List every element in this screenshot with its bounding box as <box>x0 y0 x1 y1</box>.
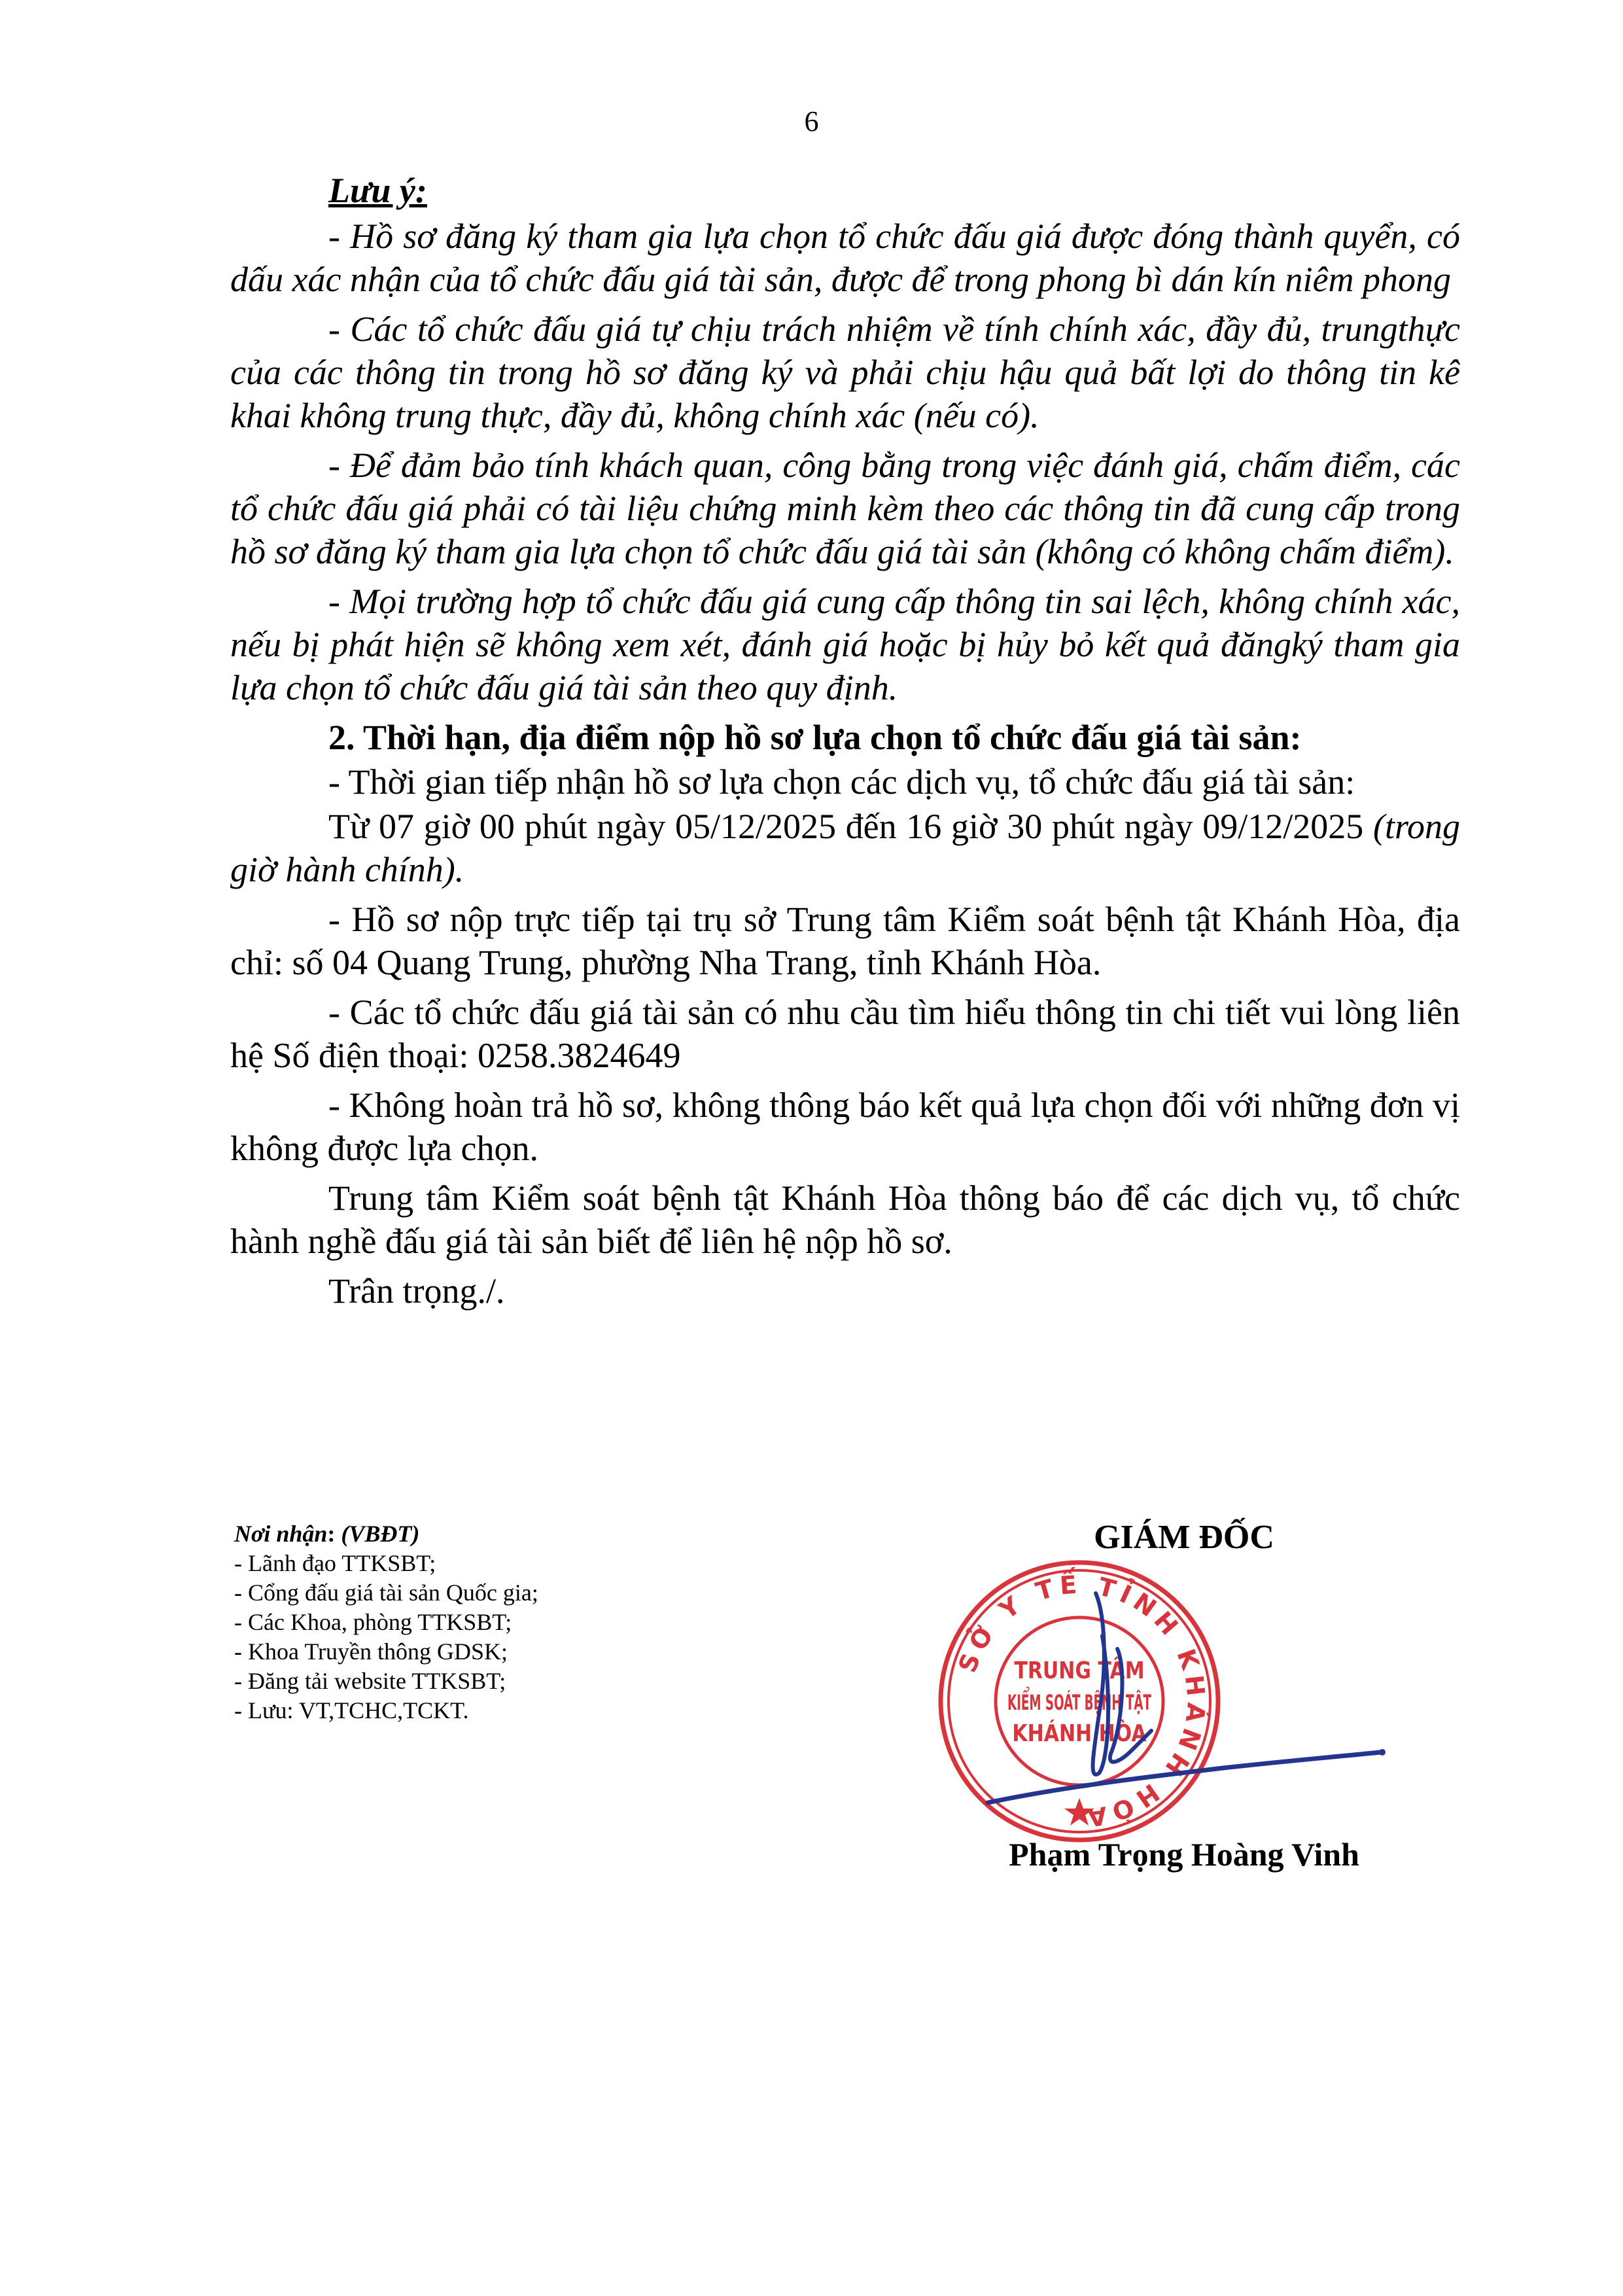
note-item-4: - Mọi trường hợp tổ chức đấu giá cung cấ… <box>230 580 1460 709</box>
recipients-tag: (VBĐT) <box>341 1521 419 1547</box>
page-number: 6 <box>0 105 1623 138</box>
note-item-1: - Hồ sơ đăng ký tham gia lựa chọn tổ chứ… <box>230 215 1460 301</box>
recipient-item: - Các Khoa, phòng TTKSBT; <box>234 1608 888 1637</box>
section-2-heading: 2. Thời hạn, địa điểm nộp hồ sơ lựa chọn… <box>230 716 1460 759</box>
recipients-label: Nơi nhận <box>234 1521 327 1547</box>
contact-info: - Các tổ chức đấu giá tài sản có nhu cầu… <box>230 991 1460 1077</box>
recipient-item: - Khoa Truyền thông GDSK; <box>234 1637 888 1667</box>
signature-block: GIÁM ĐỐC SỞ Y TẾ TỈNH KHÁNH HÒA TRUNG TÂ… <box>935 1505 1433 1924</box>
note-item-3: - Để đảm bảo tính khách quan, công bằng … <box>230 444 1460 573</box>
recipients-block: Nơi nhận: (VBĐT) - Lãnh đạo TTKSBT; - Cổ… <box>234 1519 888 1725</box>
recipient-item: - Lãnh đạo TTKSBT; <box>234 1549 888 1578</box>
submit-location: - Hồ sơ nộp trực tiếp tại trụ sở Trung t… <box>230 898 1460 984</box>
no-return-note: - Không hoàn trả hồ sơ, không thông báo … <box>230 1084 1460 1170</box>
regards: Trân trọng./. <box>230 1269 1460 1313</box>
notes-title: Lưu ý: <box>230 169 1460 212</box>
receive-time-value: Từ 07 giờ 00 phút ngày 05/12/2025 đến 16… <box>230 805 1460 891</box>
recipient-item: - Lưu: VT,TCHC,TCKT. <box>234 1696 888 1725</box>
recipients-title: Nơi nhận: (VBĐT) <box>234 1519 888 1549</box>
receive-time-range: Từ 07 giờ 00 phút ngày 05/12/2025 đến 16… <box>328 807 1373 846</box>
recipients-colon: : <box>327 1521 341 1547</box>
signer-name: Phạm Trọng Hoàng Vinh <box>935 1835 1433 1873</box>
note-item-2: - Các tổ chức đấu giá tự chịu trách nhiệ… <box>230 308 1460 437</box>
signer-title: GIÁM ĐỐC <box>935 1518 1433 1557</box>
receive-time-label: - Thời gian tiếp nhận hồ sơ lựa chọn các… <box>230 760 1460 804</box>
recipient-item: - Cổng đấu giá tài sản Quốc gia; <box>234 1578 888 1608</box>
recipient-item: - Đăng tải website TTKSBT; <box>234 1667 888 1696</box>
document-body: Lưu ý: - Hồ sơ đăng ký tham gia lựa chọn… <box>230 169 1460 1319</box>
closing-paragraph: Trung tâm Kiểm soát bệnh tật Khánh Hòa t… <box>230 1176 1460 1263</box>
handwritten-signature-icon <box>935 1564 1433 1839</box>
